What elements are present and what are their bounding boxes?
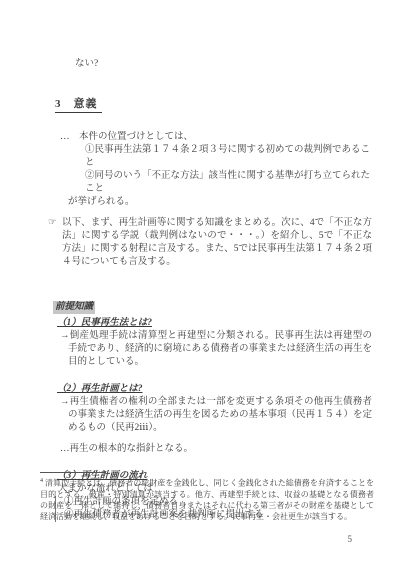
section-3-heading-text: 3 意義 (55, 97, 102, 113)
knowledge-heading-row: 前提知識 (53, 301, 372, 314)
footnote-area: 4清算型手続とは、債務者の総財産を金銭化し、同じく金銭化された総債務を弁済するこ… (40, 472, 374, 522)
knowledge-heading: 前提知識 (53, 301, 95, 314)
section-3-intro: … 本件の位置づけとしては、 (60, 131, 372, 144)
section-3-outro: が挙げられる。 (68, 196, 372, 209)
pointer-paragraph: ☞ 以下、まず、再生計画等に関する知識をまとめる。次に、4で「不正な方法」に関す… (48, 217, 372, 269)
document-page: ない? 3 意義 … 本件の位置づけとしては、 ①民事再生法第１７４条２項３号に… (0, 0, 410, 580)
subsection-2-note: …再生の根本的な指針となる。 (60, 443, 372, 456)
footnote-separator (40, 472, 106, 473)
subsection-2-body: →再生債権者の権利の全部または一部を変更する条項その他再生債務者の事業または経済… (60, 396, 372, 435)
handwritten-note: ない? (75, 58, 372, 71)
footnote-text: 清算型手続とは、債務者の総財産を金銭化し、同じく金銭化された総債務を弁済すること… (40, 479, 374, 521)
cited-point-2: ②同号のいう「不正な方法」該当性に関する基準が打ち立てられたこと (85, 170, 372, 196)
subsection-1-body: →倒産処理手続は清算型と再建型に分類される。民事再生法は再建型の手続であり、経済… (60, 330, 372, 369)
subsection-1-title: （1）民事再生法とは? (57, 317, 372, 330)
pointer-paragraph-text: 以下、まず、再生計画等に関する知識をまとめる。次に、4で「不正な方法」に関する学… (62, 217, 372, 269)
footnote-marker: 4 (40, 478, 43, 484)
subsection-2-title: （2）再生計画とは? (57, 383, 372, 396)
cited-point-1: ①民事再生法第１７４条２項３号に関する初めての裁判例であること (85, 144, 372, 170)
pointing-hand-icon: ☞ (48, 217, 62, 269)
footnote-text-block: 4清算型手続とは、債務者の総財産を金銭化し、同じく金銭化された総債務を弁済するこ… (40, 476, 374, 522)
page-number: 5 (348, 533, 353, 546)
section-3-heading: 3 意義 (55, 97, 372, 113)
